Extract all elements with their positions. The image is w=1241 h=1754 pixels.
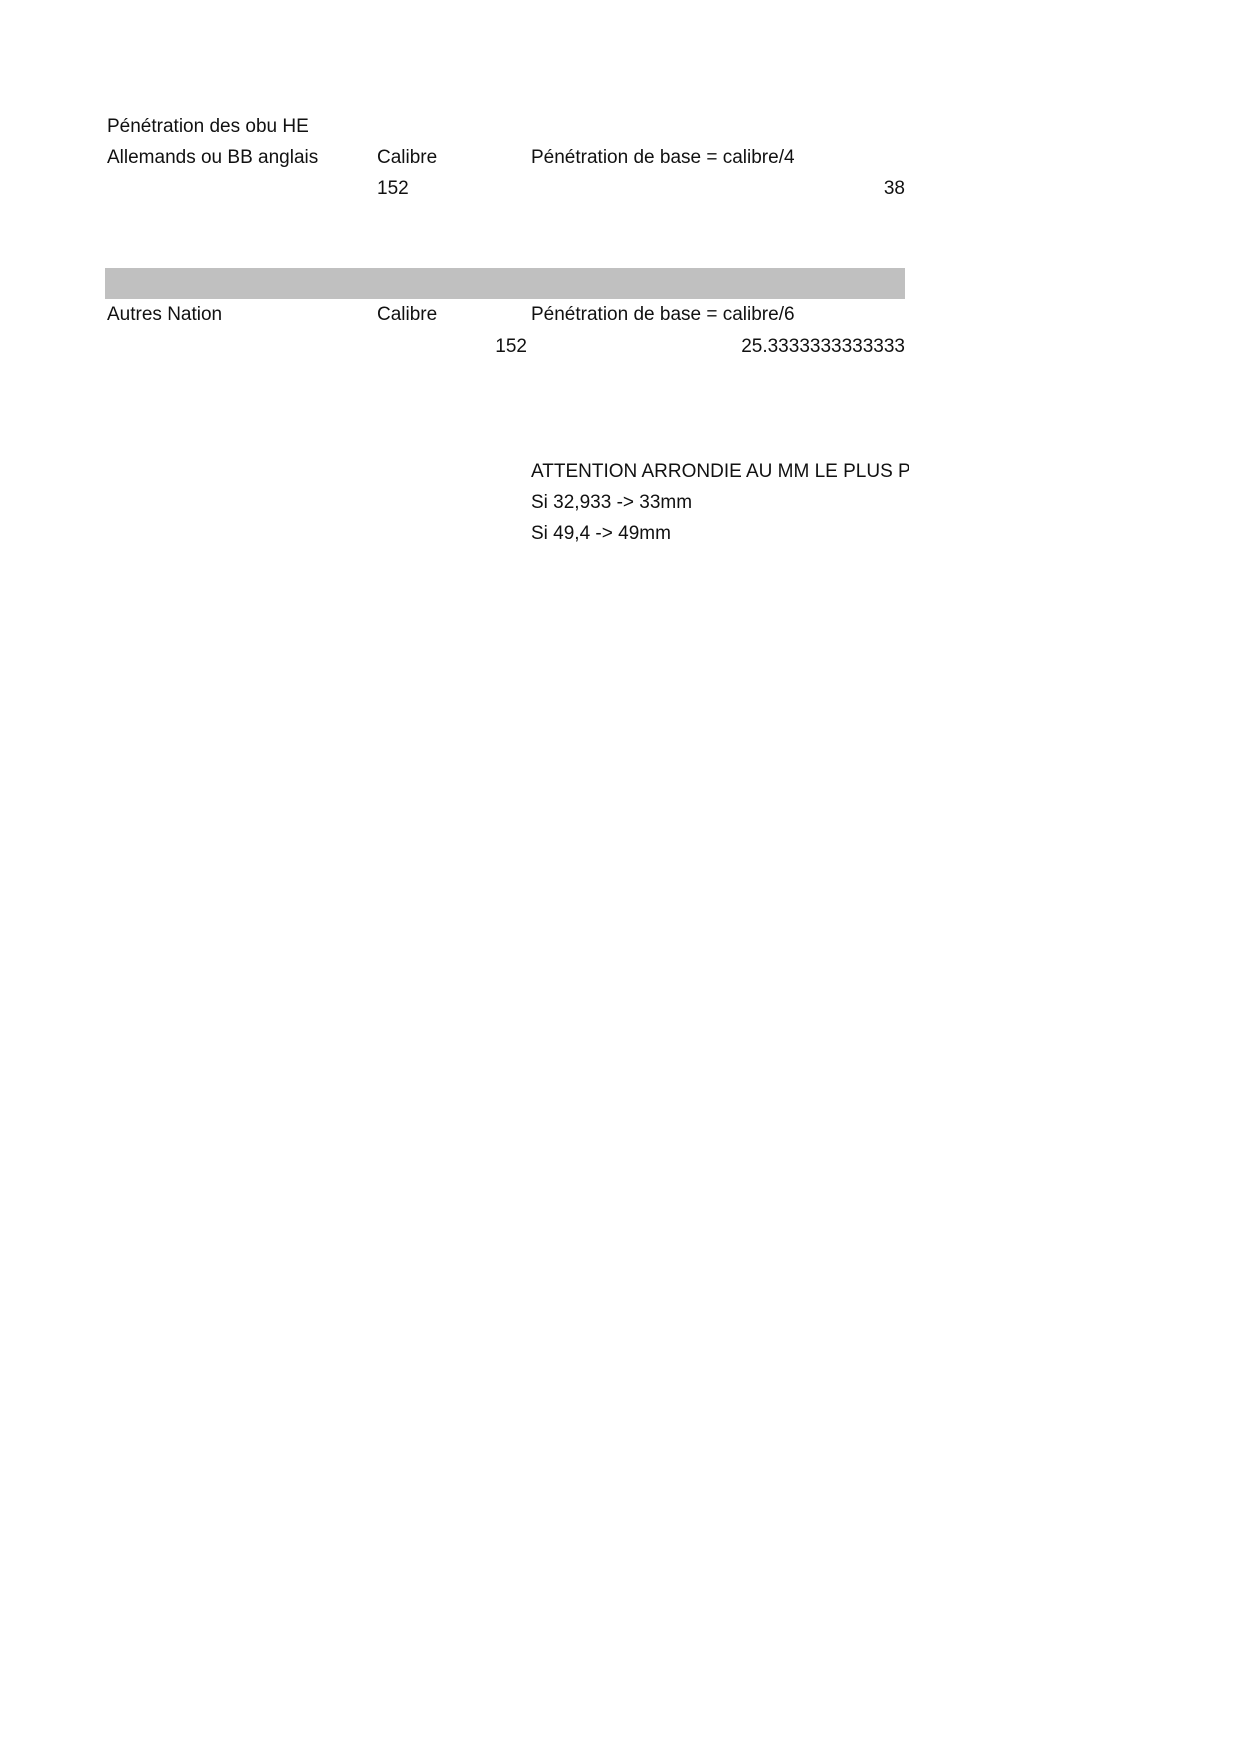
section1-calibre-header-cell[interactable]: Calibre <box>377 146 437 170</box>
rounding-example2-cell[interactable]: Si 49,4 -> 49mm <box>531 522 671 546</box>
section1-calibre-value-cell[interactable]: 152 <box>377 177 409 201</box>
section1-title-cell[interactable]: Pénétration des obu HE <box>107 115 309 139</box>
separator-band <box>105 268 905 299</box>
section2-calibre-value-cell[interactable]: 152 <box>377 335 527 359</box>
section2-label-cell[interactable]: Autres Nation <box>107 303 222 327</box>
rounding-example1-cell[interactable]: Si 32,933 -> 33mm <box>531 491 692 515</box>
section1-label-cell[interactable]: Allemands ou BB anglais <box>107 146 318 170</box>
section2-penetration-value-cell[interactable]: 25.3333333333333 <box>531 335 905 359</box>
section1-penetration-header-cell[interactable]: Pénétration de base = calibre/4 <box>531 146 795 170</box>
rounding-warning-cell[interactable]: ATTENTION ARRONDIE AU MM LE PLUS PROCHE <box>531 460 909 484</box>
section2-penetration-header-cell[interactable]: Pénétration de base = calibre/6 <box>531 303 795 327</box>
section2-calibre-header-cell[interactable]: Calibre <box>377 303 437 327</box>
section1-penetration-value-cell[interactable]: 38 <box>531 177 905 201</box>
